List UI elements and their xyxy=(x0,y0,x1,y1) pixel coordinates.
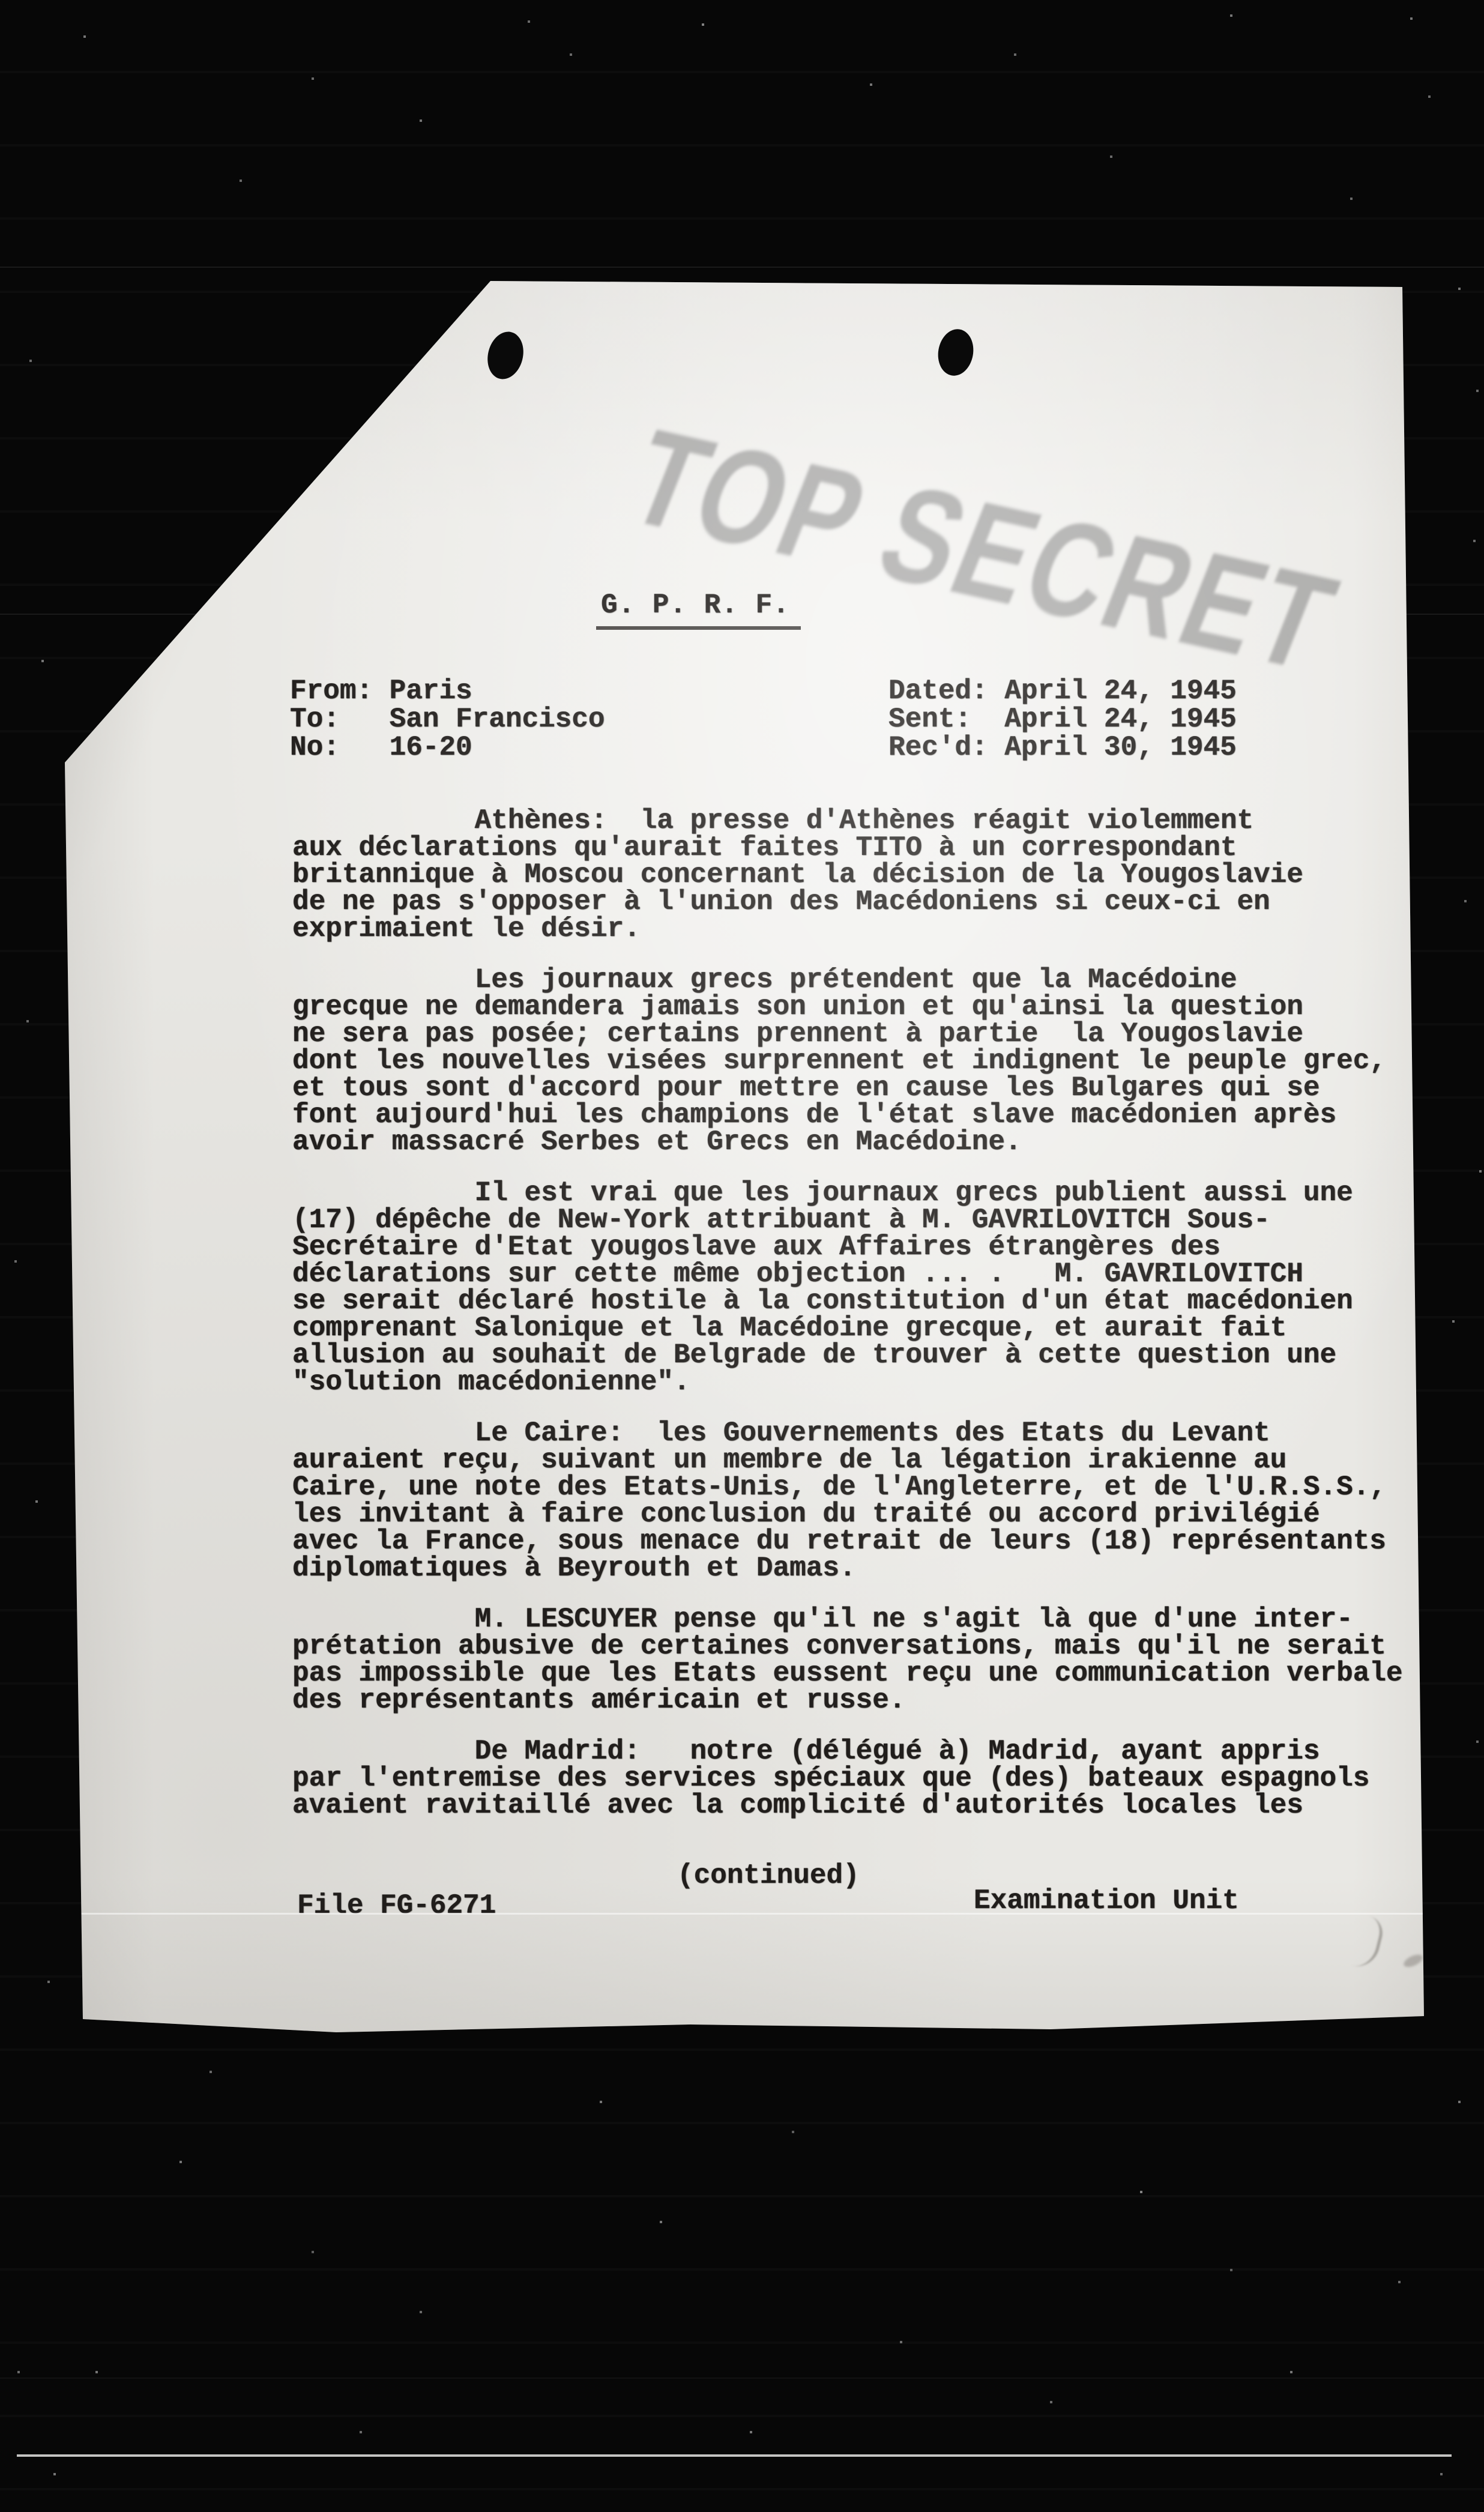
text-line: (17) dépêche de New-York attribuant à M.… xyxy=(292,1207,1463,1234)
scanner-artifact-line xyxy=(0,2378,1484,2379)
dated-line: Dated: April 24, 1945 xyxy=(888,677,1237,705)
file-reference: File FG-6271 xyxy=(297,1890,496,1921)
text-line: britannique à Moscou concernant la décis… xyxy=(292,862,1463,889)
text-line: auraient reçu, suivant un membre de la l… xyxy=(292,1447,1463,1474)
scanner-artifact-line xyxy=(57,1913,1450,1915)
text-line: déclarations sur cette même objection ..… xyxy=(292,1261,1463,1288)
ink-smudge xyxy=(1402,1952,1425,1970)
text-line: des représentants américain et russe. xyxy=(292,1687,1463,1714)
punch-hole xyxy=(483,328,528,383)
text-line: Les journaux grecs prétendent que la Mac… xyxy=(292,967,1463,994)
to-line: To: San Francisco xyxy=(290,705,605,734)
pen-mark xyxy=(1351,1915,1386,1972)
text-line: aux déclarations qu'aurait faites TITO à… xyxy=(292,835,1463,862)
text-line: Il est vrai que les journaux grecs publi… xyxy=(292,1180,1463,1207)
document-title: G. P. R. F. xyxy=(596,590,801,630)
scanned-document-screenshot: { "document": { "classification_stamp": … xyxy=(0,0,1484,2512)
text-line: diplomatiques à Beyrouth et Damas. xyxy=(292,1555,1463,1582)
text-line: ne sera pas posée; certains prennent à p… xyxy=(292,1021,1463,1048)
paragraph-athenes: Athènes: la presse d'Athènes réagit viol… xyxy=(292,808,1463,943)
examination-unit-label: Examination Unit xyxy=(974,1885,1239,1916)
scanner-artifact-line xyxy=(0,267,1484,268)
text-line: et tous sont d'accord pour mettre en cau… xyxy=(292,1075,1463,1102)
paragraph-journaux-grecs: Les journaux grecs prétendent que la Mac… xyxy=(292,967,1463,1156)
from-line: From: Paris xyxy=(290,677,605,705)
text-line: Secrétaire d'Etat yougoslave aux Affaire… xyxy=(292,1234,1463,1261)
sent-line: Sent: April 24, 1945 xyxy=(888,705,1237,734)
text-line: dont les nouvelles visées surprennent et… xyxy=(292,1048,1463,1075)
message-body: Athènes: la presse d'Athènes réagit viol… xyxy=(292,808,1463,1843)
text-line: avaient ravitaillé avec la complicité d'… xyxy=(292,1792,1463,1819)
text-line: allusion au souhait de Belgrade de trouv… xyxy=(292,1342,1463,1369)
scanner-dust-speckles xyxy=(0,0,1,1)
text-line: de ne pas s'opposer à l'union des Macédo… xyxy=(292,889,1463,916)
number-line: No: 16-20 xyxy=(290,734,605,762)
text-line: par l'entremise des services spéciaux qu… xyxy=(292,1765,1463,1792)
text-line: De Madrid: notre (délégué à) Madrid, aya… xyxy=(292,1738,1463,1765)
text-line: avec la France, sous menace du retrait d… xyxy=(292,1528,1463,1555)
text-line: prétation abusive de certaines conversat… xyxy=(292,1633,1463,1660)
message-dates-block: Dated: April 24, 1945 Sent: April 24, 19… xyxy=(888,677,1237,762)
text-line: pas impossible que les Etats eussent reç… xyxy=(292,1660,1463,1687)
text-line: grecque ne demandera jamais son union et… xyxy=(292,994,1463,1021)
text-line: Caire, une note des Etats-Unis, de l'Ang… xyxy=(292,1474,1463,1501)
text-line: Le Caire: les Gouvernements des Etats du… xyxy=(292,1420,1463,1447)
text-line: se serait déclaré hostile à la constitut… xyxy=(292,1288,1463,1315)
message-routing-block: From: Paris To: San Francisco No: 16-20 xyxy=(290,677,605,762)
paragraph-gavrilovitch: Il est vrai que les journaux grecs publi… xyxy=(292,1180,1463,1396)
received-line: Rec'd: April 30, 1945 xyxy=(888,734,1237,762)
paragraph-lescuyer: M. LESCUYER pense qu'il ne s'agit là que… xyxy=(292,1606,1463,1714)
text-line: avoir massacré Serbes et Grecs en Macédo… xyxy=(292,1129,1463,1156)
continued-note: (continued) xyxy=(677,1860,860,1891)
paragraph-le-caire: Le Caire: les Gouvernements des Etats du… xyxy=(292,1420,1463,1582)
punch-hole xyxy=(935,327,977,379)
text-line: comprenant Salonique et la Macédoine gre… xyxy=(292,1315,1463,1342)
text-line: "solution macédonienne". xyxy=(292,1369,1463,1396)
document-page: TOP SECRET G. P. R. F. From: Paris To: S… xyxy=(57,276,1450,2035)
text-line: M. LESCUYER pense qu'il ne s'agit là que… xyxy=(292,1606,1463,1633)
top-secret-stamp: TOP SECRET xyxy=(612,409,1353,691)
paragraph-de-madrid: De Madrid: notre (délégué à) Madrid, aya… xyxy=(292,1738,1463,1819)
scanner-artifact-line xyxy=(17,2454,1452,2457)
text-line: exprimaient le désir. xyxy=(292,916,1463,943)
text-line: Athènes: la presse d'Athènes réagit viol… xyxy=(292,808,1463,835)
text-line: font aujourd'hui les champions de l'état… xyxy=(292,1102,1463,1129)
text-line: les invitant à faire conclusion du trait… xyxy=(292,1501,1463,1528)
